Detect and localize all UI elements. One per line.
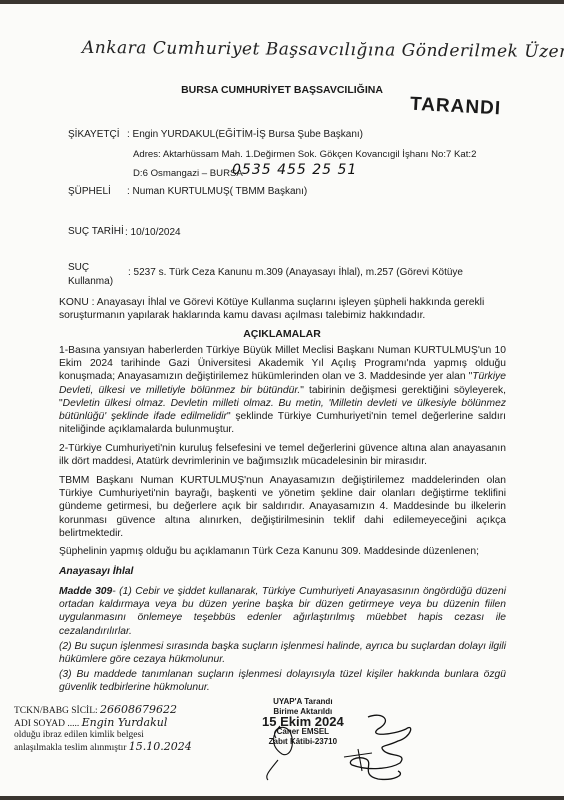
- crime-label: SUÇ: [68, 262, 89, 273]
- law-heading: Anayasayı İhlal: [59, 565, 506, 578]
- law-clause-3: (3) Bu maddede tanımlanan suçların işlen…: [59, 668, 506, 694]
- id-receipt-stamp: TCKN/BABG SİCİL: 26608679622 ADI SOYAD .…: [14, 704, 192, 754]
- explanations-heading: AÇIKLAMALAR: [0, 328, 564, 340]
- crime-date-value: : 10/10/2024: [125, 227, 181, 238]
- addressee-heading: BURSA CUMHURİYET BAŞSAVCILIĞINA: [0, 84, 564, 96]
- complainant-label: ŞİKAYETÇİ: [68, 129, 120, 140]
- complainant-address-line2: D:6 Osmangazi – BURSA: [133, 168, 243, 179]
- subject-paragraph: KONU : Anayasayı İhlal ve Görevi Kötüye …: [59, 296, 506, 322]
- explanation-paragraph-1: 1-Basına yansıyan haberlerden Türkiye Bü…: [59, 344, 506, 436]
- complainant-address-line1: Adres: Aktarhüssam Mah. 1.Değirmen Sok. …: [133, 149, 476, 160]
- tckn-handwritten: 26608679622: [100, 703, 177, 716]
- complainant-phone-handwritten: 0535 455 25 51: [232, 162, 357, 178]
- law-clause-1: Madde 309- (1) Cebir ve şiddet kullanara…: [59, 585, 506, 638]
- receipt-date-handwritten: 15.10.2024: [129, 740, 192, 753]
- stamp-signature-icon: [250, 724, 320, 784]
- name-handwritten: Engin Yurdakul: [82, 716, 168, 729]
- crime-date-label: SUÇ TARİHİ: [68, 226, 124, 237]
- handwritten-forwarding-note: Ankara Cumhuriyet Başsavcılığına Gönderi…: [82, 38, 564, 62]
- explanation-paragraph-3: TBMM Başkanı Numan KURTULMUŞ'nun Anayasa…: [59, 474, 506, 540]
- crime-value: : 5237 s. Türk Ceza Kanunu m.309 (Anayas…: [128, 267, 463, 278]
- suspect-label: ŞÜPHELİ: [68, 186, 111, 197]
- explanation-paragraph-2: 2-Türkiye Cumhuriyeti'nin kuruluş felsef…: [59, 442, 506, 468]
- signature-icon: [338, 709, 418, 784]
- scanned-document-page: Ankara Cumhuriyet Başsavcılığına Gönderi…: [0, 4, 564, 796]
- explanation-paragraph-4: Şüphelinin yapmış olduğu bu açıklamanın …: [59, 545, 506, 558]
- article-label: Madde 309: [59, 586, 112, 597]
- law-clause-2: (2) Bu suçun işlenmesi sırasında başka s…: [59, 640, 506, 666]
- scanned-stamp: TARANDI: [409, 94, 501, 121]
- crime-label-continuation: Kullanma): [68, 276, 113, 287]
- complainant-value: : Engin YURDAKUL(EĞİTİM-İŞ Bursa Şube Ba…: [127, 129, 363, 140]
- suspect-value: : Numan KURTULMUŞ( TBMM Başkanı): [127, 186, 307, 197]
